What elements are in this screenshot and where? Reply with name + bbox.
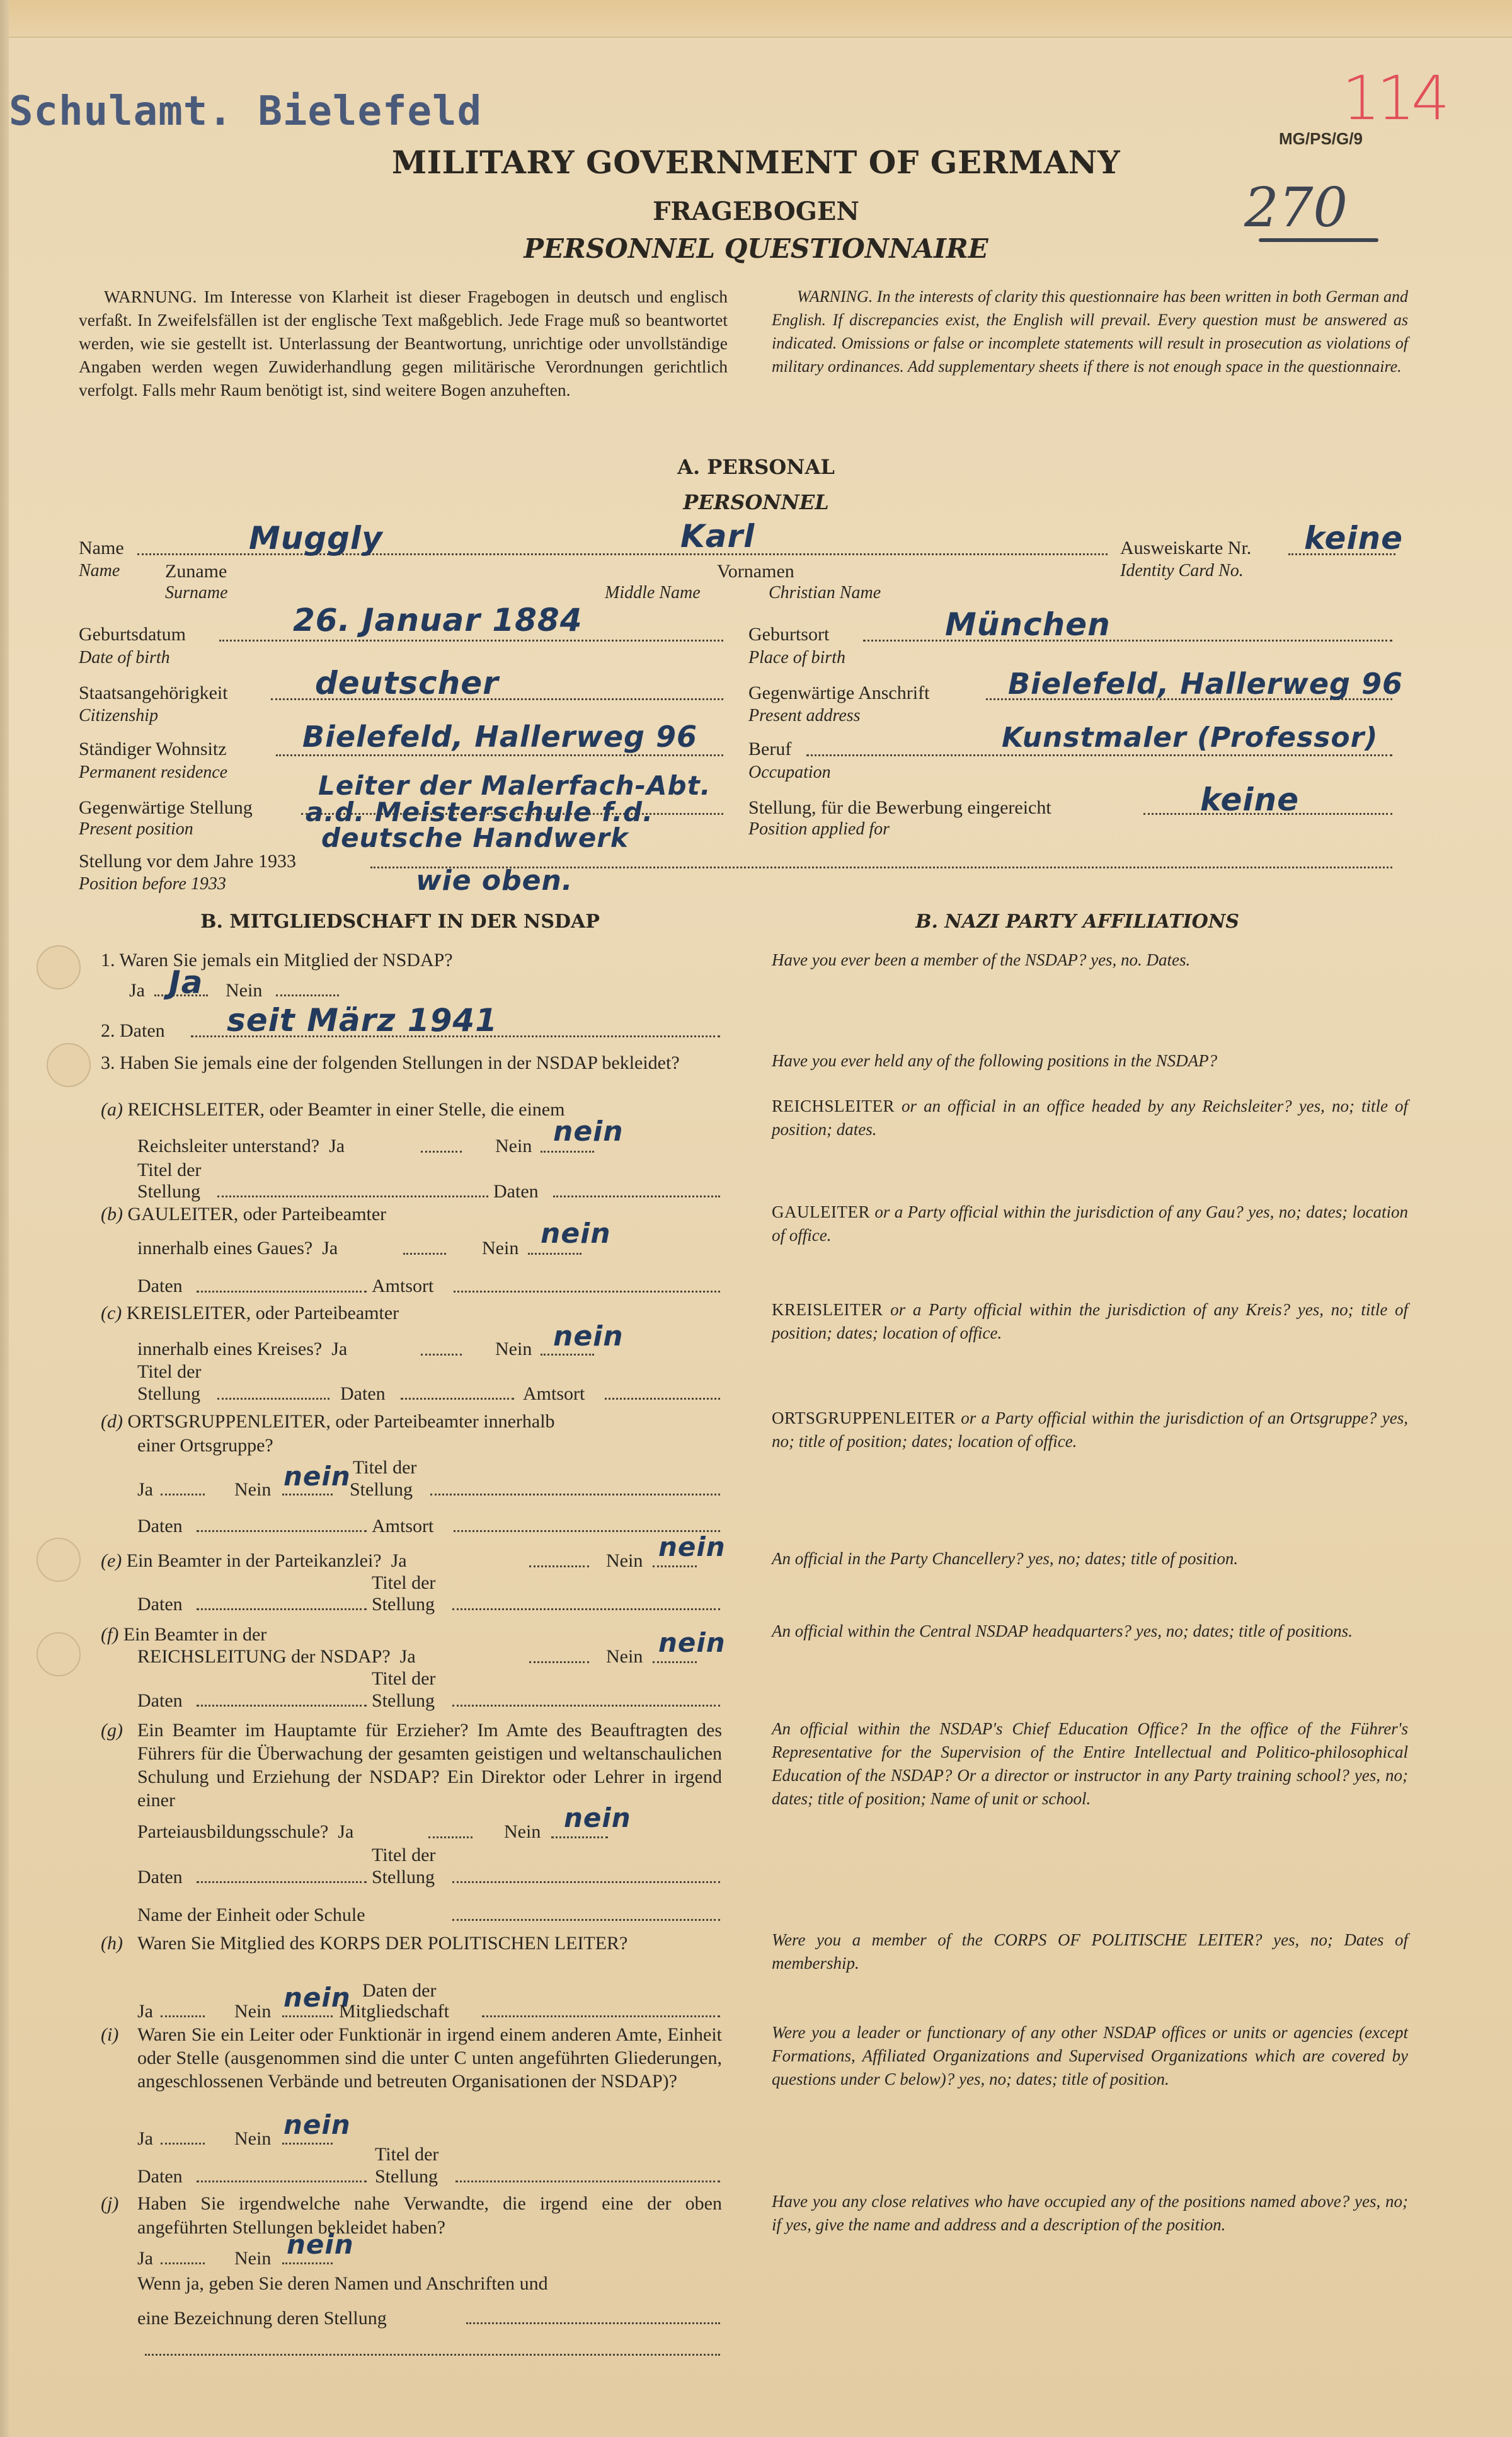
qg-text-en: An official within the NSDAP's Chief Edu… xyxy=(772,1717,1408,1811)
qe-titel-label: Titel der xyxy=(372,1571,435,1595)
occupation-label-en: Occupation xyxy=(748,763,831,783)
name-label-en: Name xyxy=(79,561,120,581)
q1-number: 1. xyxy=(101,950,115,971)
qa-letter: (a) xyxy=(101,1099,123,1120)
qh-ja-line xyxy=(161,2015,205,2017)
punch-hole xyxy=(37,945,81,989)
document-title: MILITARY GOVERNMENT OF GERMANY xyxy=(0,144,1512,181)
qh-letter: (h) xyxy=(101,1933,123,1954)
position-before-1933-value[interactable]: wie oben. xyxy=(416,865,573,897)
qd-ja-label: Ja xyxy=(137,1478,153,1502)
qg-line-last: Parteiausbildungsschule? xyxy=(137,1821,328,1842)
present-position-label-en: Present position xyxy=(79,819,193,839)
qg-daten-line xyxy=(197,1881,367,1883)
qc-line2: innerhalb eines Kreises? xyxy=(137,1339,322,1359)
qa-stellung-line xyxy=(217,1195,488,1197)
qg-unit-line xyxy=(452,1919,720,1921)
qa-daten-label: Daten xyxy=(493,1180,539,1204)
section-a-heading-en: PERSONNEL xyxy=(567,490,945,514)
qi-ja-line xyxy=(161,2143,205,2145)
qg-ja-line xyxy=(428,1836,472,1838)
qi-nein-value[interactable]: nein xyxy=(283,2109,351,2140)
qf-nein-label: Nein xyxy=(606,1645,643,1669)
qi-nein-line xyxy=(282,2143,333,2145)
qj-ja-label: Ja xyxy=(137,2247,153,2271)
punch-hole xyxy=(37,1632,81,1676)
present-address-label-en: Present address xyxy=(748,706,861,726)
qd-text-en-caps: ORTSGRUPPENLEITER xyxy=(772,1409,956,1427)
qe-text-en: An official in the Party Chancellery? ye… xyxy=(772,1547,1408,1570)
birth-date-label: Geburtsdatum xyxy=(79,624,186,645)
identity-card-label-en: Identity Card No. xyxy=(1120,561,1244,581)
citizenship-label: Staatsangehörigkeit xyxy=(79,683,228,704)
qb-nein-line xyxy=(528,1253,581,1255)
qf-stellung-line xyxy=(452,1705,720,1707)
qi-letter: (i) xyxy=(101,2024,118,2045)
qg-daten-label: Daten xyxy=(137,1865,183,1889)
qj-if-yes-line2: eine Bezeichnung deren Stellung xyxy=(137,2307,387,2330)
qc-text-en-caps: KREISLEITER xyxy=(772,1300,883,1319)
qb-amtsort-label: Amtsort xyxy=(372,1274,433,1298)
identity-card-value[interactable]: keine xyxy=(1304,520,1403,556)
qc-titel-label: Titel der xyxy=(137,1360,201,1384)
present-position-label: Gegenwärtige Stellung xyxy=(79,797,253,819)
qf-daten-line xyxy=(197,1705,367,1707)
qi-ja-label: Ja xyxy=(137,2127,153,2151)
q3-number: 3. xyxy=(101,1052,115,1073)
christian-name-label: Christian Name xyxy=(769,583,881,603)
q3-text: Haben Sie jemals eine der folgenden Stel… xyxy=(120,1052,680,1073)
qe-nein-line xyxy=(653,1565,697,1567)
qi-text-en: Were you a leader or functionary of any … xyxy=(772,2021,1408,2091)
section-a-heading: A. PERSONAL xyxy=(567,455,945,479)
warning-english: WARNING. In the interests of clarity thi… xyxy=(772,285,1408,378)
qi-stellung-label: Stellung xyxy=(375,2165,438,2189)
qi-daten-label: Daten xyxy=(137,2165,183,2189)
qg-nein-value[interactable]: nein xyxy=(564,1802,631,1833)
qj-relatives-line xyxy=(466,2322,720,2324)
qi-text: Waren Sie ein Leiter oder Funktionär in … xyxy=(137,2023,722,2093)
qj-if-yes-line1: Wenn ja, geben Sie deren Namen und Ansch… xyxy=(137,2272,548,2296)
qf-nein-value[interactable]: nein xyxy=(658,1627,726,1658)
section-b-heading-de: B. MITGLIEDSCHAFT IN DER NSDAP xyxy=(94,911,706,933)
document-subtitle-de: FRAGEBOGEN xyxy=(0,197,1512,226)
qc-line1: KREISLEITER, oder Parteibeamter xyxy=(127,1303,399,1323)
qf-ja-line xyxy=(529,1661,589,1663)
qc-daten-label: Daten xyxy=(340,1382,386,1406)
qb-nein-label: Nein xyxy=(482,1236,518,1260)
present-address-value[interactable]: Bielefeld, Hallerweg 96 xyxy=(1008,667,1403,701)
qj-letter: (j) xyxy=(101,2193,118,2214)
q2-number: 2. xyxy=(101,1020,115,1041)
position-applied-value[interactable]: keine xyxy=(1200,781,1299,818)
qb-line2: innerhalb eines Gaues? xyxy=(137,1238,312,1259)
position-before-1933-label: Stellung vor dem Jahre 1933 xyxy=(79,851,296,872)
qg-stellung-line xyxy=(452,1881,720,1883)
q1-ja-value[interactable]: Ja xyxy=(169,964,203,1001)
permanent-residence-line xyxy=(276,754,723,756)
permanent-residence-value[interactable]: Bielefeld, Hallerweg 96 xyxy=(302,720,697,754)
name-label: Name xyxy=(79,538,124,559)
qd-titel-label: Titel der xyxy=(353,1456,416,1480)
document-subtitle-en: PERSONNEL QUESTIONNAIRE xyxy=(0,233,1512,264)
qd-amtsort-label: Amtsort xyxy=(372,1514,433,1538)
qe-ja-line xyxy=(529,1565,589,1567)
punch-hole xyxy=(47,1043,91,1087)
qd-nein-value[interactable]: nein xyxy=(283,1461,351,1492)
qa-line2: Reichsleiter unterstand? xyxy=(137,1136,319,1156)
q2-label: Daten xyxy=(120,1020,165,1041)
qg-text: Ein Beamter im Hauptamte für Erzieher? I… xyxy=(137,1719,722,1812)
qd-stellung-label: Stellung xyxy=(350,1478,413,1502)
qg-nein-label: Nein xyxy=(504,1820,541,1844)
position-applied-label: Stellung, für die Bewerbung eingereicht xyxy=(748,797,1051,819)
qh-mitgliedschaft-label: Mitgliedschaft xyxy=(339,2000,449,2024)
qj-text: Haben Sie irgendwelche nahe Verwandte, d… xyxy=(137,2192,722,2240)
qd-stellung-line xyxy=(430,1494,720,1495)
qc-nein-label: Nein xyxy=(495,1337,532,1361)
qj-nein-label: Nein xyxy=(234,2247,271,2271)
qf-letter: (f) xyxy=(101,1624,118,1645)
q2-dates-value[interactable]: seit März 1941 xyxy=(227,1002,498,1039)
qf-daten-label: Daten xyxy=(137,1689,183,1713)
qd-daten-line xyxy=(197,1530,367,1532)
qe-daten-label: Daten xyxy=(137,1593,183,1616)
q1-text-en: Have you ever been a member of the NSDAP… xyxy=(772,948,1408,972)
qg-ja-label: Ja xyxy=(338,1821,353,1842)
qg-stellung-label: Stellung xyxy=(372,1865,435,1889)
qa-nein-label: Nein xyxy=(495,1134,532,1158)
birth-place-value[interactable]: München xyxy=(945,606,1111,643)
questionnaire-page: Schulamt. Bielefeld MG/PS/G/9 114 270 MI… xyxy=(0,0,1512,2437)
red-page-number: 114 xyxy=(1342,63,1446,134)
qc-nein-value[interactable]: nein xyxy=(553,1320,624,1352)
qb-text-en-caps: GAULEITER xyxy=(772,1202,870,1221)
birth-place-label: Geburtsort xyxy=(748,624,829,645)
qa-titel-label: Titel der xyxy=(137,1158,201,1182)
birth-date-value[interactable]: 26. Januar 1884 xyxy=(293,602,582,638)
occupation-label: Beruf xyxy=(748,739,791,760)
qd-ja-line xyxy=(161,1494,205,1495)
qh-text: Waren Sie Mitglied des KORPS DER POLITIS… xyxy=(137,1932,722,1956)
qh-membership-line xyxy=(482,2015,720,2017)
q1-ja-label: Ja xyxy=(129,979,145,1003)
qb-ja-line xyxy=(403,1253,446,1255)
school-office-stamp: Schulamt. Bielefeld xyxy=(9,88,482,135)
birth-place-line xyxy=(863,640,1392,642)
qa-ja-label: Ja xyxy=(329,1136,345,1156)
qc-daten-line xyxy=(401,1398,514,1400)
binding-edge xyxy=(0,0,9,2437)
qj-ja-line xyxy=(161,2262,205,2264)
surname-value[interactable]: Muggly xyxy=(249,520,383,556)
qh-text-en: Were you a member of the CORPS OF POLITI… xyxy=(772,1928,1408,1975)
qi-nein-label: Nein xyxy=(234,2127,271,2151)
qd-daten-label: Daten xyxy=(137,1514,183,1538)
position-applied-label-en: Position applied for xyxy=(748,819,890,839)
qf-text-en: An official within the Central NSDAP hea… xyxy=(772,1620,1408,1643)
qb-letter: (b) xyxy=(101,1204,123,1224)
occupation-line xyxy=(806,754,1392,756)
qd-letter: (d) xyxy=(101,1411,123,1432)
position-before-1933-label-en: Position before 1933 xyxy=(79,874,226,894)
qc-amtsort-label: Amtsort xyxy=(523,1382,585,1406)
qg-nein-line xyxy=(551,1836,608,1838)
qj-nein-line xyxy=(282,2262,333,2264)
citizenship-value[interactable]: deutscher xyxy=(315,665,499,701)
qc-stellung-line xyxy=(217,1398,329,1400)
qb-amtsort-line xyxy=(454,1291,720,1293)
punch-hole xyxy=(37,1538,81,1582)
qe-stellung-line xyxy=(452,1608,720,1610)
underlying-sheet-edge xyxy=(0,0,1512,38)
qf-titel-label: Titel der xyxy=(372,1667,435,1691)
qb-nein-value[interactable]: nein xyxy=(541,1218,611,1250)
qf-nein-line xyxy=(653,1661,697,1663)
surname-label-de: Zuname xyxy=(165,561,227,582)
qe-nein-value[interactable]: nein xyxy=(658,1531,726,1562)
section-b-heading-en: B. NAZI PARTY AFFILIATIONS xyxy=(769,911,1386,933)
qc-nein-line xyxy=(541,1354,594,1356)
qh-nein-line xyxy=(282,2015,333,2017)
qe-stellung-label: Stellung xyxy=(372,1593,435,1616)
qa-ja-line xyxy=(421,1151,462,1153)
qb-ja-label: Ja xyxy=(322,1238,338,1259)
qa-nein-line xyxy=(541,1151,594,1153)
qc-ja-line xyxy=(421,1354,462,1356)
birth-date-line xyxy=(219,640,723,642)
qf-stellung-label: Stellung xyxy=(372,1689,435,1713)
qa-text-en-caps: REICHSLEITER xyxy=(772,1097,895,1115)
qc-amtsort-line xyxy=(605,1398,720,1400)
qj-nein-value[interactable]: nein xyxy=(287,2229,354,2260)
q3-text-en: Have you ever held any of the following … xyxy=(772,1049,1408,1073)
qe-letter: (e) xyxy=(101,1550,122,1571)
qc-stellung-label: Stellung xyxy=(137,1382,200,1406)
qj-text-en: Have you any close relatives who have oc… xyxy=(772,2190,1408,2237)
qe-ja-label: Ja xyxy=(391,1550,407,1571)
qf-line2: REICHSLEITUNG der NSDAP? xyxy=(137,1646,391,1667)
qb-line1: GAULEITER, oder Parteibeamter xyxy=(127,1204,386,1224)
qj-relatives-line-2 xyxy=(145,2354,720,2356)
qa-line1: REICHSLEITER, oder Beamter in einer Stel… xyxy=(127,1099,564,1120)
qa-nein-value[interactable]: nein xyxy=(553,1115,624,1148)
qg-letter: (g) xyxy=(101,1720,123,1741)
qg-unit-label: Name der Einheit oder Schule xyxy=(137,1903,365,1927)
qc-ja-label: Ja xyxy=(331,1339,347,1359)
qb-daten-line xyxy=(197,1291,367,1293)
christian-name-value[interactable]: Karl xyxy=(680,518,755,555)
qd-line2: einer Ortsgruppe? xyxy=(137,1434,273,1458)
vornamen-label: Vornamen xyxy=(717,561,794,582)
occupation-value[interactable]: Kunstmaler (Professor) xyxy=(1002,722,1378,754)
qe-nein-label: Nein xyxy=(606,1549,643,1573)
middle-name-label: Middle Name xyxy=(605,583,701,603)
qb-daten-label: Daten xyxy=(137,1274,183,1298)
present-address-label: Gegenwärtige Anschrift xyxy=(748,683,929,704)
qa-daten-line xyxy=(553,1195,720,1197)
qf-line1: Ein Beamter in der xyxy=(123,1624,266,1645)
q1-nein-label: Nein xyxy=(226,979,262,1003)
qd-line1: ORTSGRUPPENLEITER, oder Parteibeamter in… xyxy=(127,1411,554,1432)
birth-date-label-en: Date of birth xyxy=(79,648,170,668)
qg-titel-label: Titel der xyxy=(372,1843,435,1867)
qi-stellung-line xyxy=(455,2181,720,2182)
qa-stellung-label: Stellung xyxy=(137,1180,200,1204)
qc-letter: (c) xyxy=(101,1303,122,1323)
permanent-residence-label-en: Permanent residence xyxy=(79,763,227,783)
birth-place-label-en: Place of birth xyxy=(748,648,845,668)
citizenship-label-en: Citizenship xyxy=(79,706,158,726)
qe-line1: Ein Beamter in der Parteikanzlei? xyxy=(127,1550,382,1571)
qe-daten-line xyxy=(197,1608,367,1610)
qi-daten-line xyxy=(197,2181,367,2182)
qh-nein-label: Nein xyxy=(234,2000,271,2024)
surname-label-en: Surname xyxy=(165,583,228,603)
qh-ja-label: Ja xyxy=(137,2000,153,2024)
permanent-residence-label: Ständiger Wohnsitz xyxy=(79,739,227,760)
q1-nein-line xyxy=(276,994,339,996)
present-position-value-line3[interactable]: deutsche Handwerk xyxy=(321,822,629,853)
identity-card-label: Ausweiskarte Nr. xyxy=(1120,538,1251,559)
qi-titel-label: Titel der xyxy=(375,2143,438,2167)
warning-german: WARNUNG. Im Interesse von Klarheit ist d… xyxy=(79,285,728,401)
qd-nein-label: Nein xyxy=(234,1478,271,1502)
qd-nein-line xyxy=(282,1494,333,1495)
qf-ja-label: Ja xyxy=(400,1646,416,1667)
